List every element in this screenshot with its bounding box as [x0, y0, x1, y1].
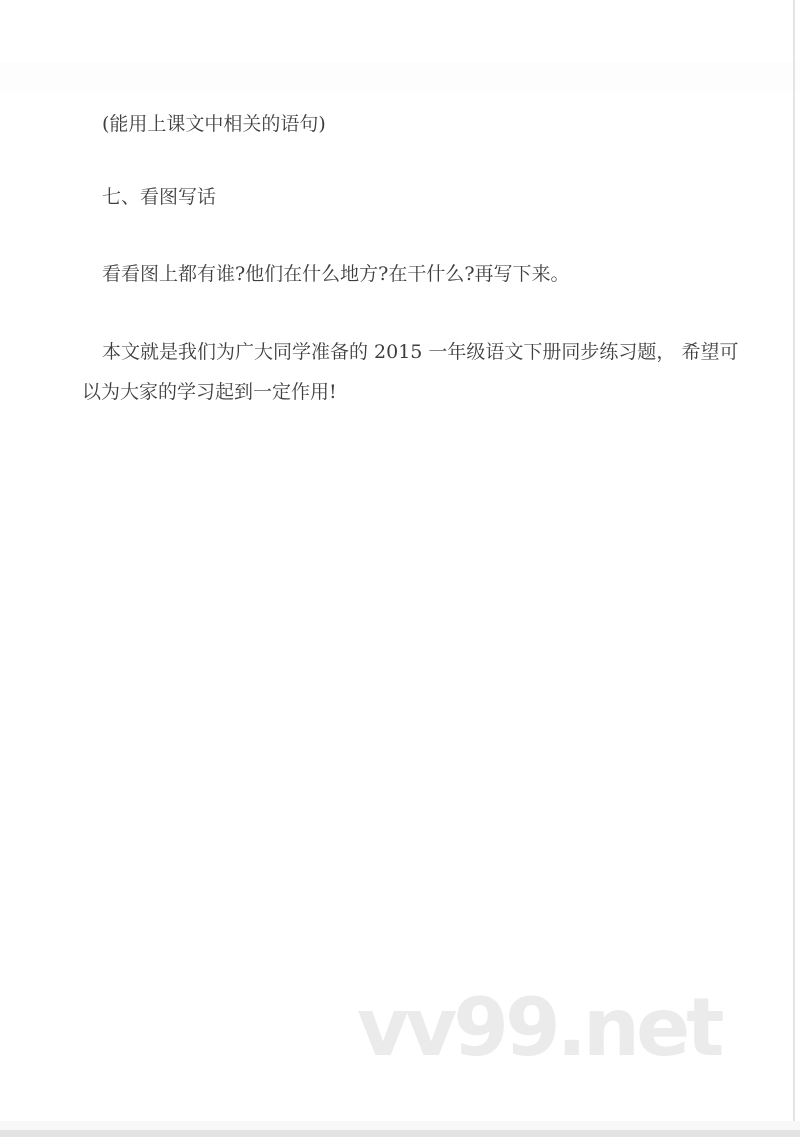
closing-paragraph-line-1: 本文就是我们为广大同学准备的 2015 一年级语文下册同步练习题， 希望可: [82, 332, 722, 372]
page-top-shading: [0, 62, 800, 92]
page-bottom-shading: [0, 1121, 800, 1130]
site-watermark: vv99.net: [357, 988, 720, 1068]
document-page: (能用上课文中相关的语句) 七、看图写话 看看图上都有谁?他们在什么地方?在干什…: [0, 0, 800, 1137]
page-bottom-edge-strip: [0, 1130, 800, 1137]
section-heading: 七、看图写话: [82, 184, 752, 210]
note-paragraph: (能用上课文中相关的语句): [82, 111, 752, 137]
instruction-paragraph: 看看图上都有谁?他们在什么地方?在干什么?再写下来。: [82, 261, 752, 287]
page-right-edge-line: [793, 0, 795, 1131]
closing-paragraph: 本文就是我们为广大同学准备的 2015 一年级语文下册同步练习题， 希望可 以为…: [82, 332, 722, 412]
closing-paragraph-line-2: 以为大家的学习起到一定作用!: [82, 372, 722, 412]
